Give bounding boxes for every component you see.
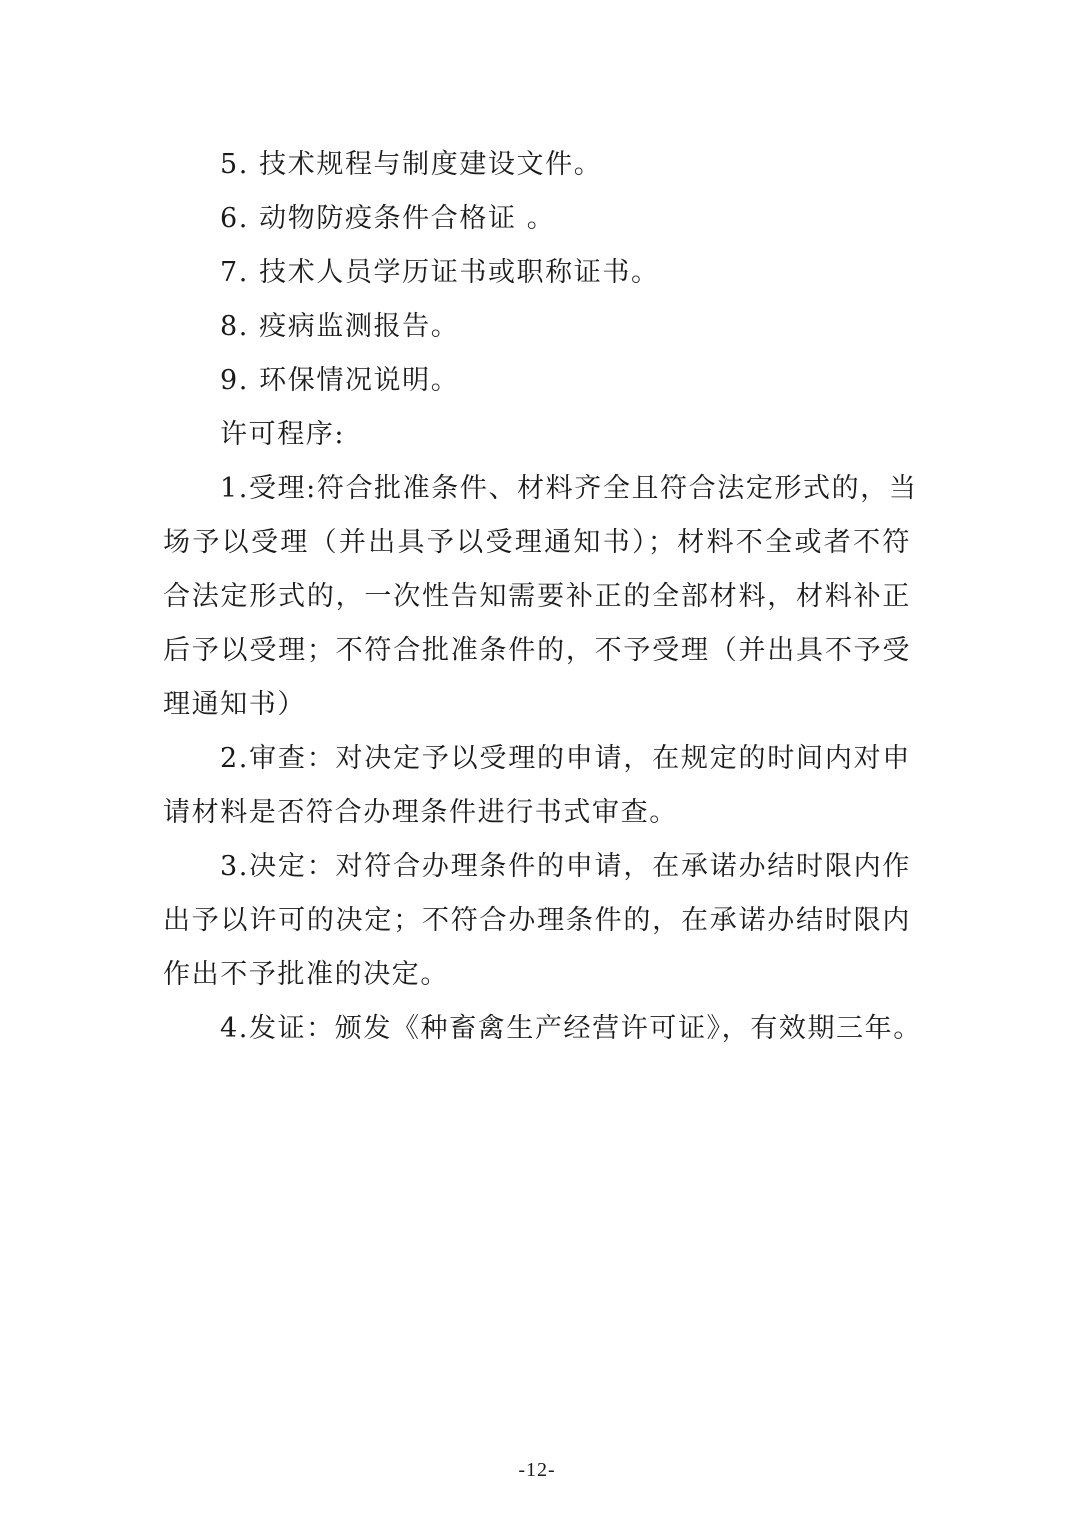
procedure-step-3-line-3: 作出不予批准的决定。 bbox=[163, 955, 913, 995]
procedure-heading: 许可程序: bbox=[220, 415, 970, 455]
procedure-step-1-line-3: 合法定形式的，一次性告知需要补正的全部材料，材料补正 bbox=[163, 577, 911, 617]
procedure-step-3-line-1: 3.决定：对符合办理条件的申请，在承诺办结时限内作 bbox=[220, 847, 911, 887]
document-page: 5. 技术规程与制度建设文件。 6. 动物防疫条件合格证 。 7. 技术人员学历… bbox=[0, 0, 1074, 1520]
procedure-step-1-line-2: 场予以受理（并出具予以受理通知书）；材料不全或者不符 bbox=[163, 523, 911, 563]
page-number: -12- bbox=[0, 1458, 1074, 1482]
requirement-item-5: 5. 技术规程与制度建设文件。 bbox=[220, 145, 970, 185]
procedure-step-2-line-1: 2.审查：对决定予以受理的申请，在规定的时间内对申 bbox=[220, 739, 911, 779]
requirement-item-9: 9. 环保情况说明。 bbox=[220, 361, 970, 401]
requirement-item-6: 6. 动物防疫条件合格证 。 bbox=[220, 199, 970, 239]
requirement-item-7: 7. 技术人员学历证书或职称证书。 bbox=[220, 253, 970, 293]
procedure-step-4-line-1: 4.发证：颁发《种畜禽生产经营许可证》，有效期三年。 bbox=[220, 1009, 911, 1049]
procedure-step-1-line-5: 理通知书） bbox=[163, 685, 913, 725]
procedure-step-3-line-2: 出予以许可的决定；不符合办理条件的，在承诺办结时限内 bbox=[163, 901, 911, 941]
procedure-step-2-line-2: 请材料是否符合办理条件进行书式审查。 bbox=[163, 793, 913, 833]
procedure-step-1-line-1: 1.受理:符合批准条件、材料齐全且符合法定形式的，当 bbox=[220, 469, 911, 509]
requirement-item-8: 8. 疫病监测报告。 bbox=[220, 307, 970, 347]
procedure-step-1-line-4: 后予以受理；不符合批准条件的，不予受理（并出具不予受 bbox=[163, 631, 911, 671]
